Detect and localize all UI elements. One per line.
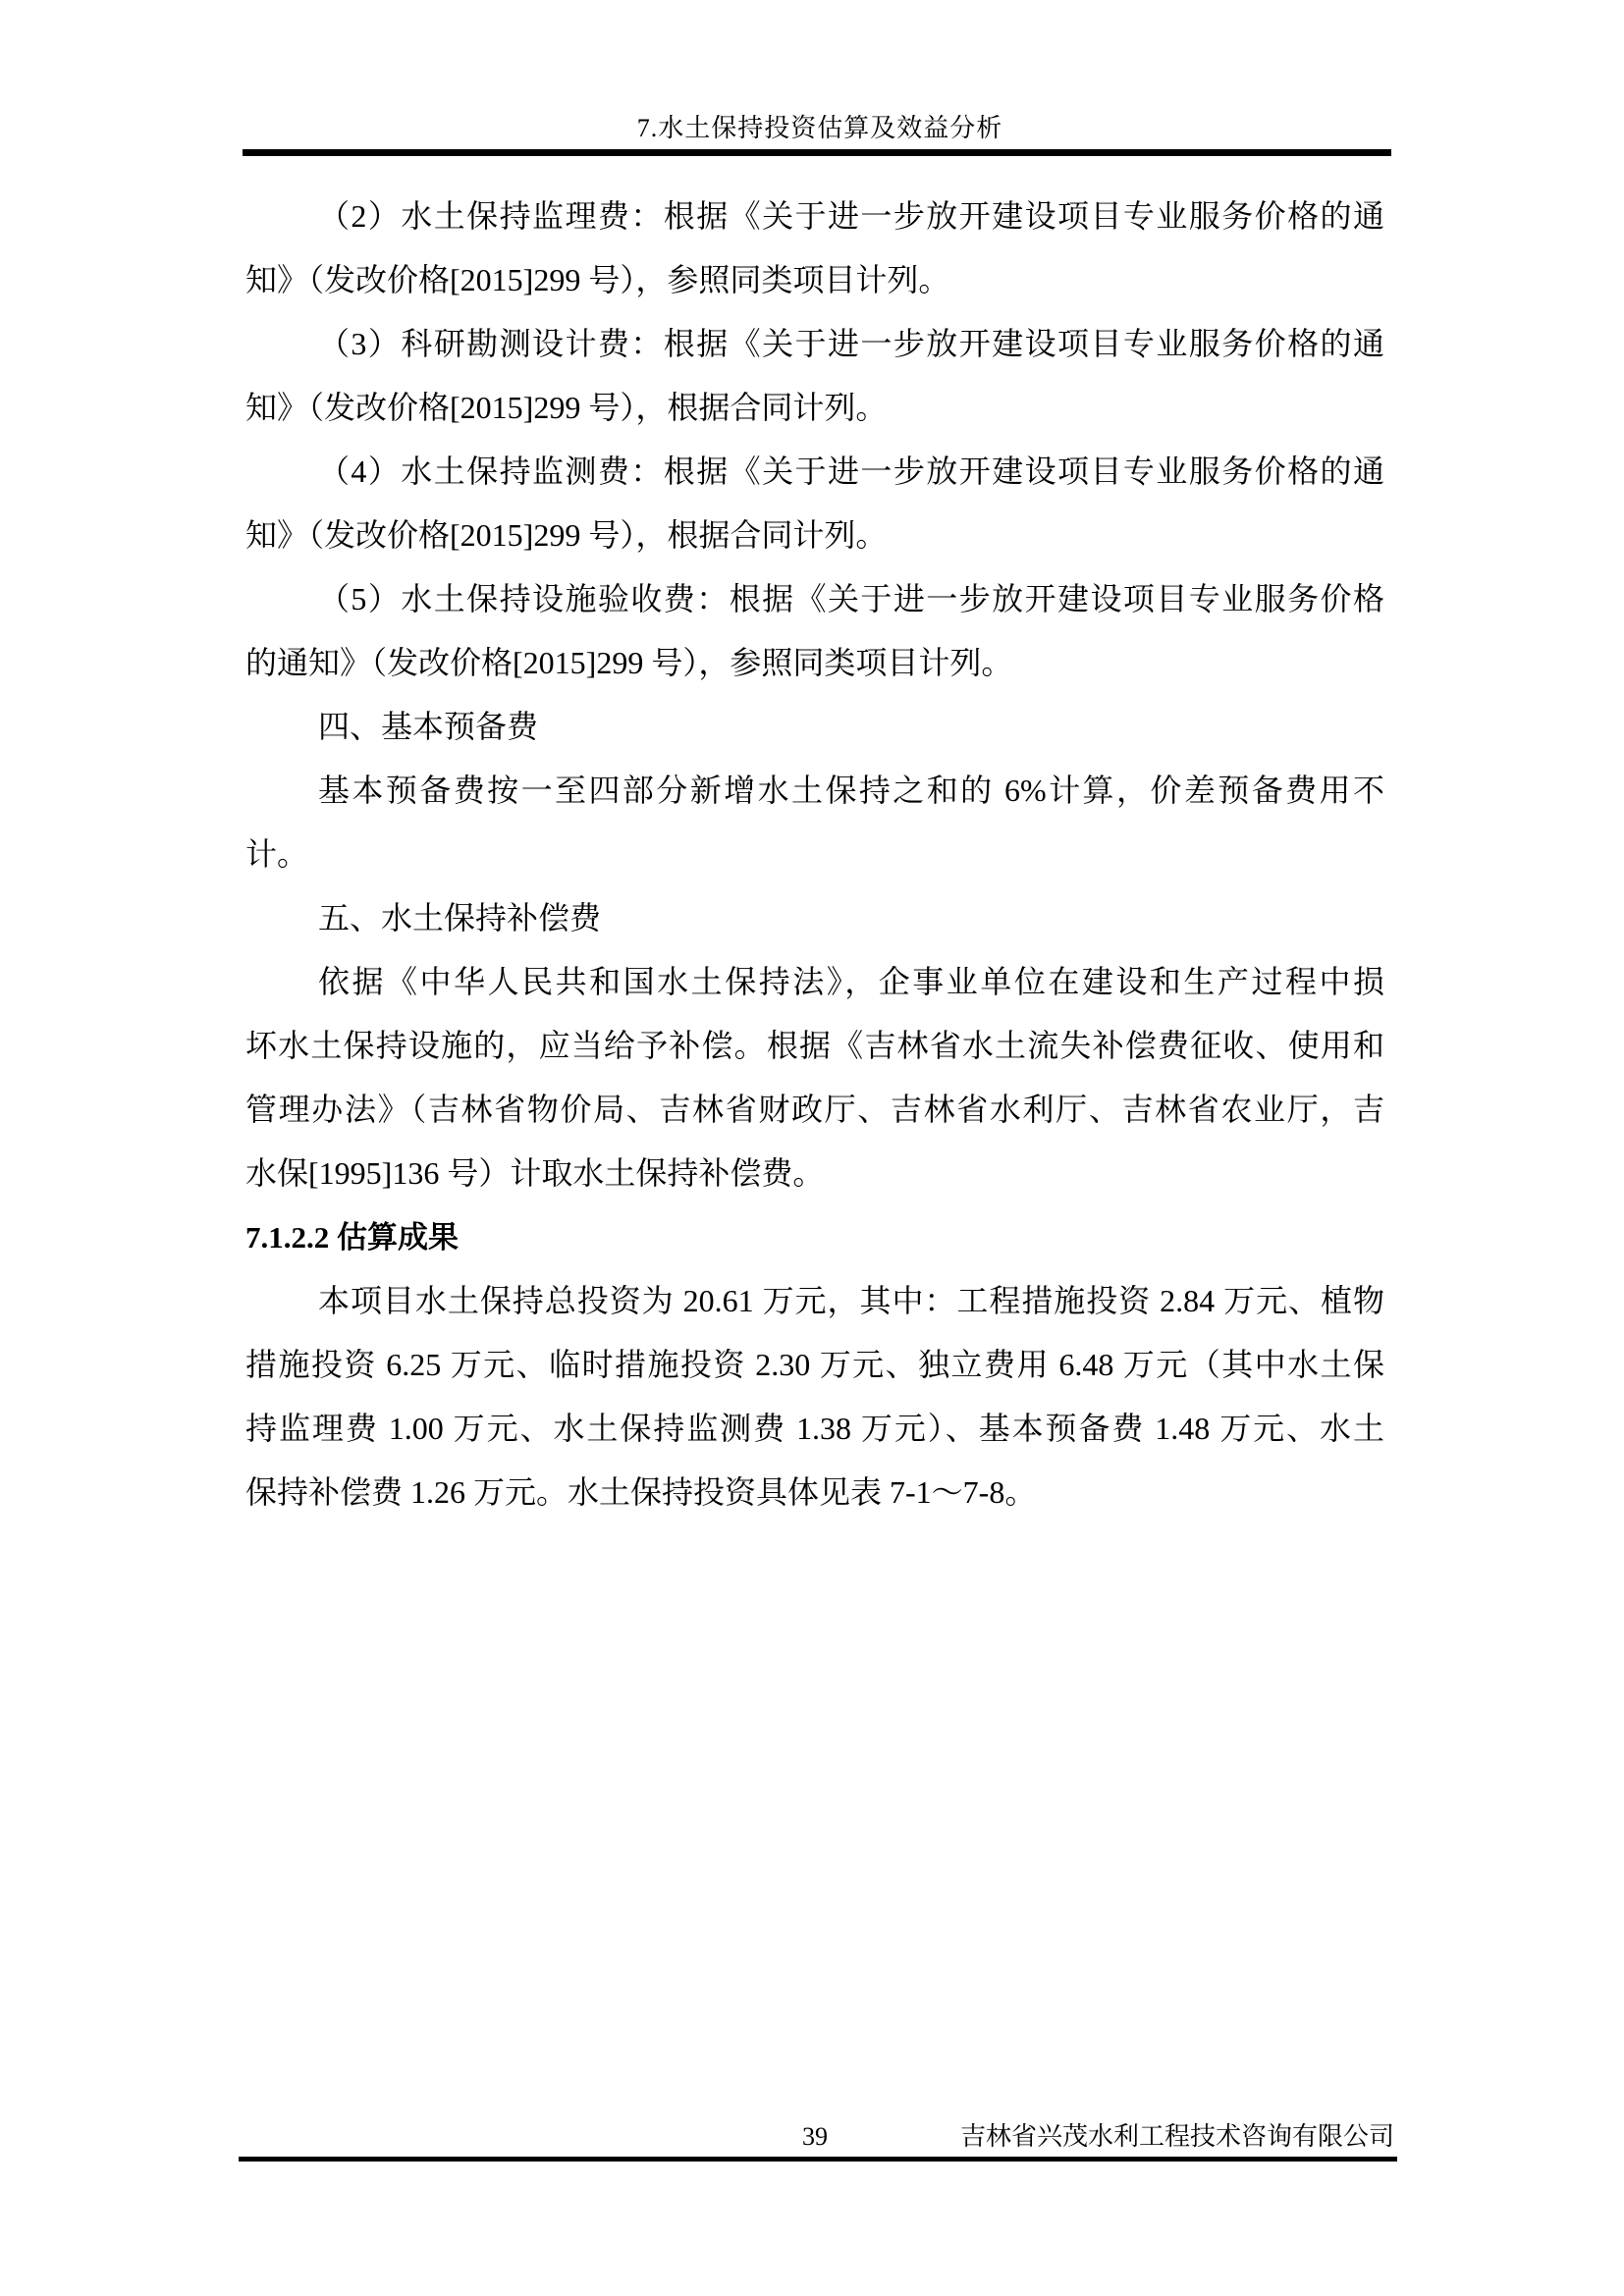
body-line: （5）水土保持设施验收费：根据《关于进一步放开建设项目专业服务价格	[245, 567, 1384, 631]
section-heading: 7.1.2.2 估算成果	[245, 1205, 1384, 1269]
body-line: 计。	[245, 823, 1384, 886]
body-line: 知》（发改价格[2015]299 号），参照同类项目计列。	[245, 248, 1384, 312]
body-line: 持监理费 1.00 万元、水土保持监测费 1.38 万元）、基本预备费 1.48…	[245, 1397, 1384, 1461]
footer-company-name: 吉林省兴茂水利工程技术咨询有限公司	[960, 2120, 1394, 2154]
body-line: （3）科研勘测设计费：根据《关于进一步放开建设项目专业服务价格的通	[245, 312, 1384, 376]
body-line: 的通知》（发改价格[2015]299 号），参照同类项目计列。	[245, 631, 1384, 695]
body-line: 知》（发改价格[2015]299 号），根据合同计列。	[245, 504, 1384, 567]
body-line: 本项目水土保持总投资为 20.61 万元，其中：工程措施投资 2.84 万元、植…	[245, 1269, 1384, 1333]
footer-rule	[239, 2157, 1397, 2162]
body-line: 知》（发改价格[2015]299 号），根据合同计列。	[245, 376, 1384, 440]
header-double-rule	[243, 149, 1391, 156]
body-line: 坏水土保持设施的，应当给予补偿。根据《吉林省水土流失补偿费征收、使用和	[245, 1014, 1384, 1078]
body-line: （4）水土保持监测费：根据《关于进一步放开建设项目专业服务价格的通	[245, 440, 1384, 504]
page-footer: 39 吉林省兴茂水利工程技术咨询有限公司	[245, 2120, 1394, 2154]
body-line: 管理办法》（吉林省物价局、吉林省财政厅、吉林省水利厅、吉林省农业厅，吉	[245, 1078, 1384, 1142]
body-line: 保持补偿费 1.26 万元。水土保持投资具体见表 7-1～7-8。	[245, 1461, 1384, 1524]
body-line: 水保[1995]136 号）计取水土保持补偿费。	[245, 1142, 1384, 1205]
body-line: （2）水土保持监理费：根据《关于进一步放开建设项目专业服务价格的通	[245, 185, 1384, 248]
list-item-four: 四、基本预备费	[245, 695, 1384, 759]
body-line: 基本预备费按一至四部分新增水土保持之和的 6%计算，价差预备费用不	[245, 759, 1384, 823]
list-item-five: 五、水土保持补偿费	[245, 886, 1384, 950]
body-content: （2）水土保持监理费：根据《关于进一步放开建设项目专业服务价格的通 知》（发改价…	[245, 185, 1384, 1524]
body-line: 依据《中华人民共和国水土保持法》，企事业单位在建设和生产过程中损	[245, 950, 1384, 1014]
header-chapter-title: 7.水土保持投资估算及效益分析	[245, 112, 1394, 145]
document-page: 7.水土保持投资估算及效益分析 （2）水土保持监理费：根据《关于进一步放开建设项…	[0, 0, 1624, 2296]
body-line: 措施投资 6.25 万元、临时措施投资 2.30 万元、独立费用 6.48 万元…	[245, 1333, 1384, 1397]
